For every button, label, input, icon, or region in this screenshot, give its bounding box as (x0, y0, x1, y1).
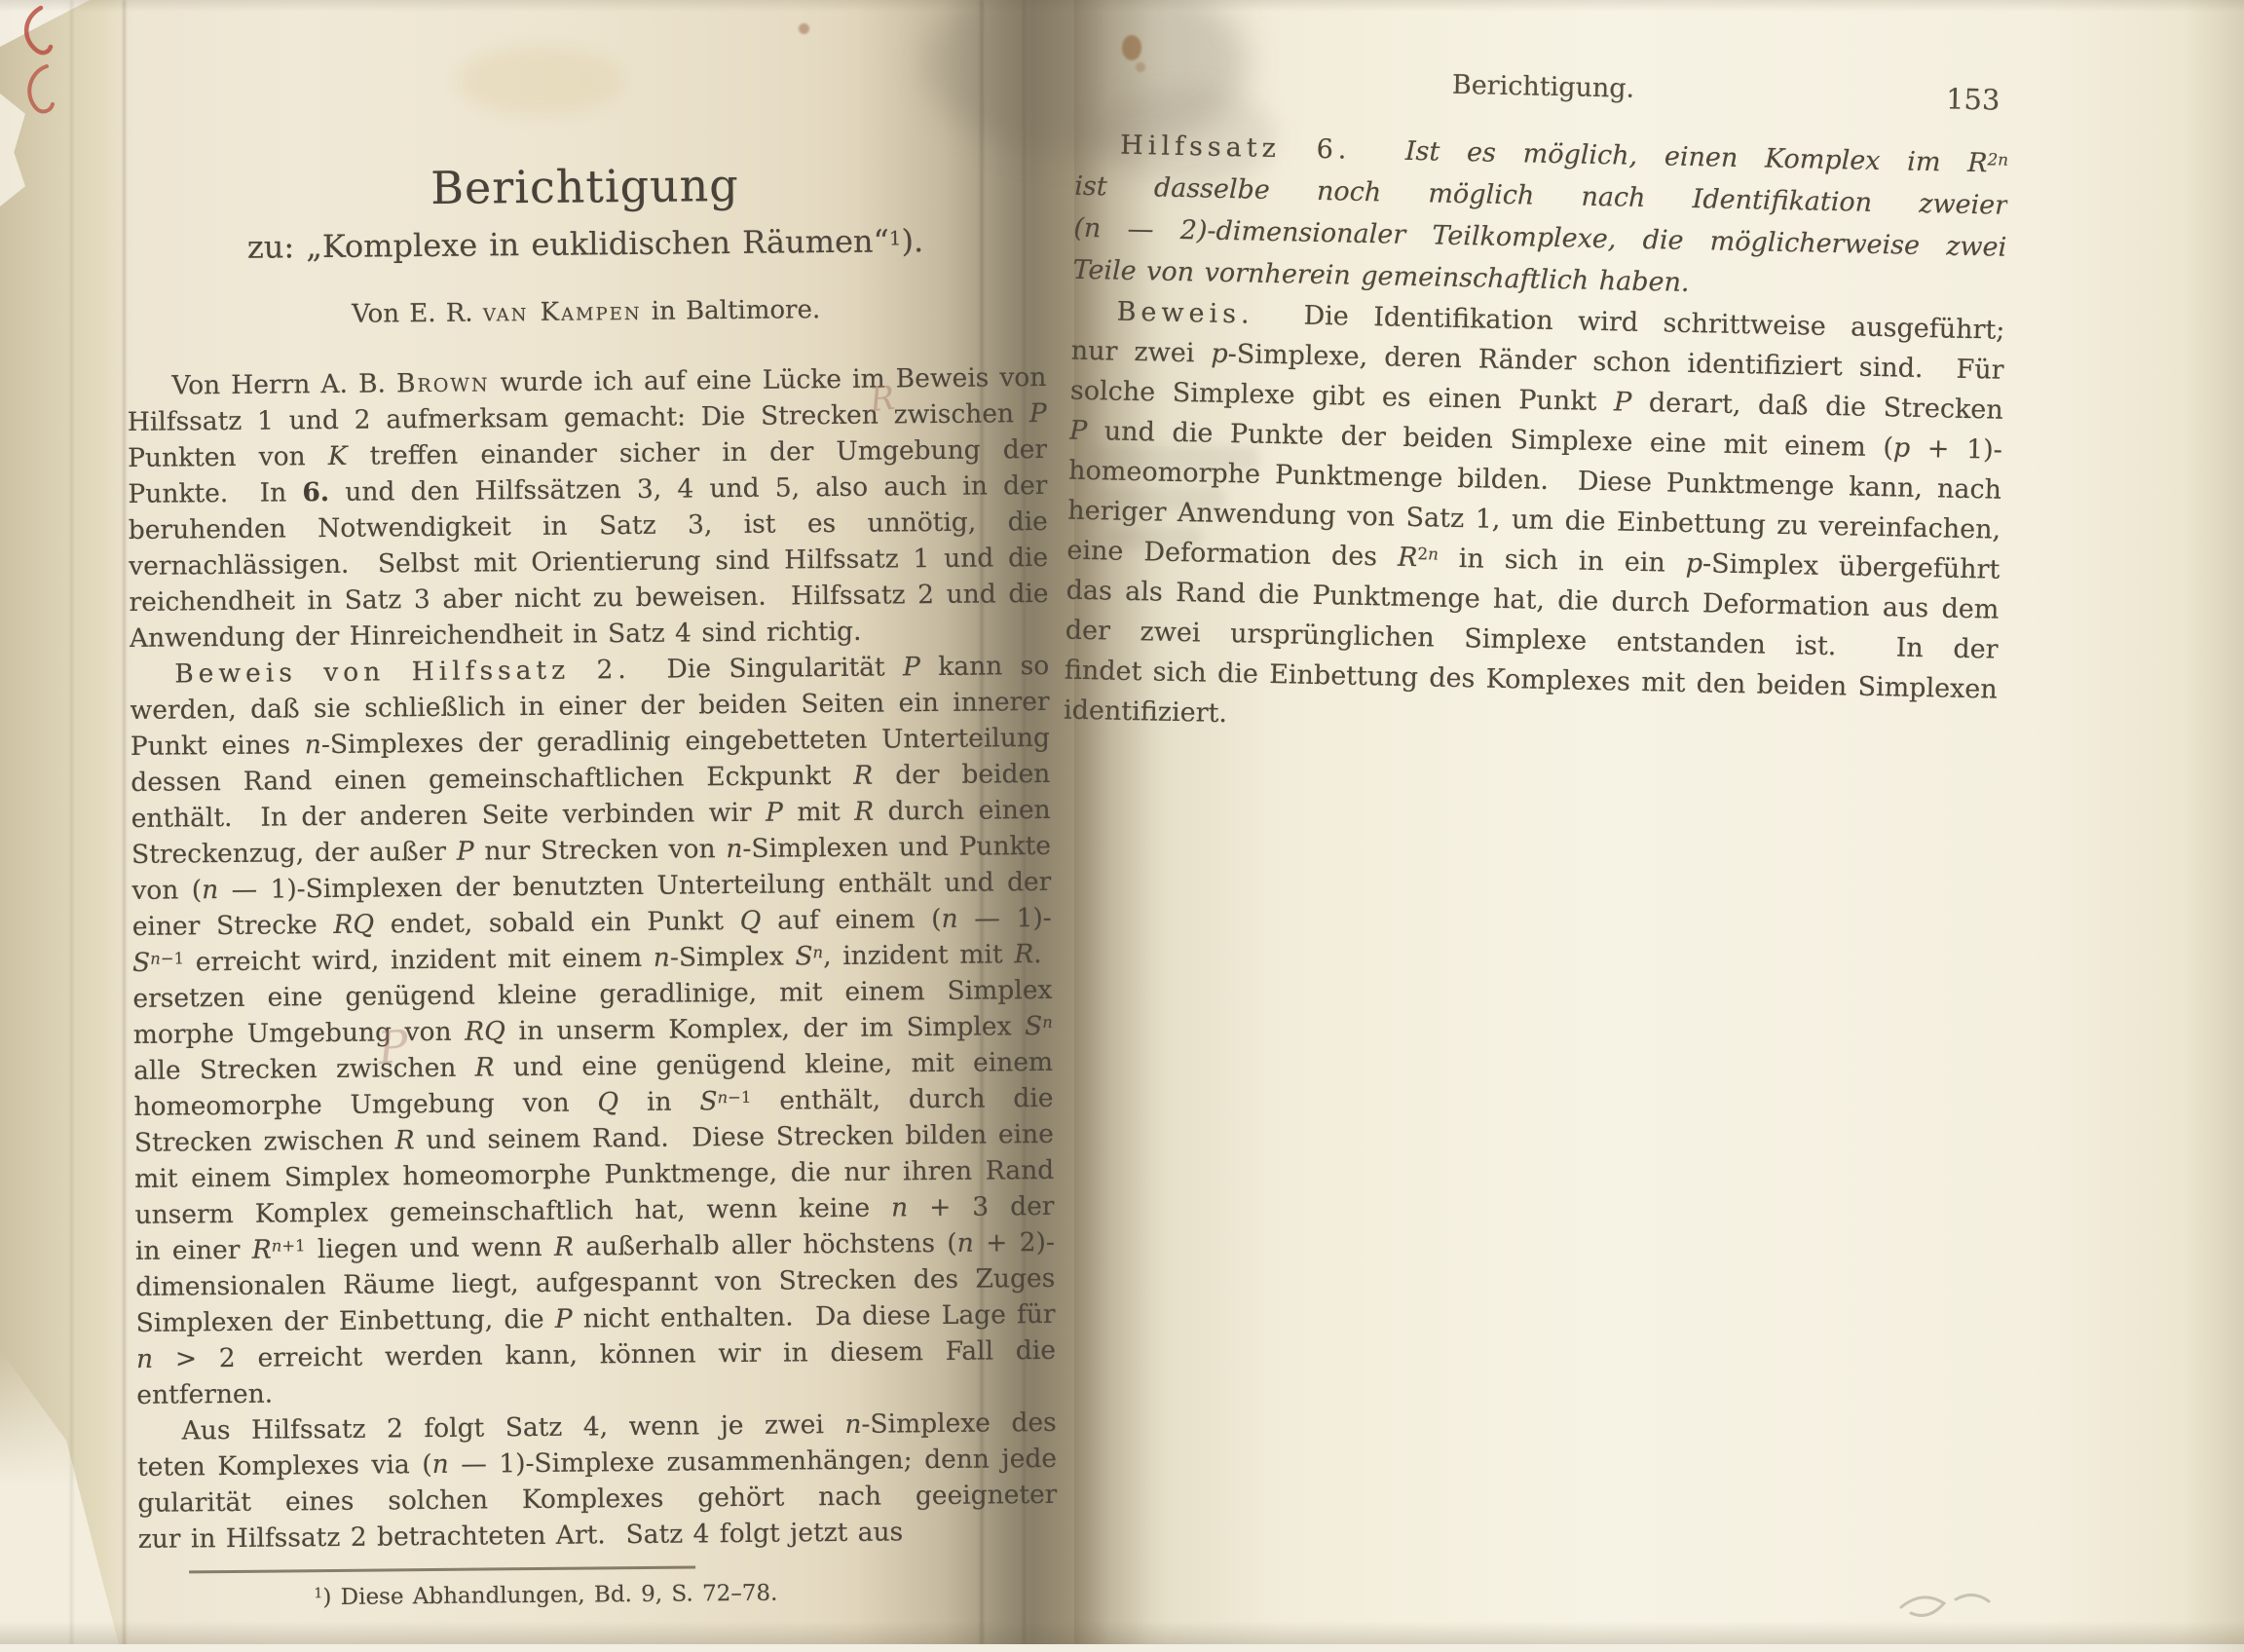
article-subtitle: zu: „Komplexe in euklidischen Räumen“1). (126, 221, 1045, 267)
text-line: zur in Hilfssatz 2 betrachteten Art. Sat… (138, 1513, 1058, 1558)
bottom-edge-highlight (0, 1644, 2244, 1652)
paragraph: Hilfssatz 6. Ist es möglich, einen Kompl… (1072, 124, 2008, 311)
scanned-book-spread: Berichtigung zu: „Komplexe in euklidisch… (0, 0, 2244, 1652)
author-line: Von E. R. van Kampen in Baltimore. (127, 293, 1046, 331)
paragraph: Beweis von Hilfssatz 2. Die Singularität… (130, 648, 1056, 1413)
page-number: 153 (1946, 82, 2001, 116)
left-page-body: Von Herrn A. B. Brown wurde ich auf eine… (127, 359, 1058, 1558)
article-title: Berichtigung (125, 157, 1044, 216)
right-page-body: Hilfssatz 6. Ist es möglich, einen Kompl… (1064, 124, 2009, 750)
paragraph: Beweis. Die Identifikation wird schrittw… (1064, 291, 2005, 750)
pencil-scribble (1888, 1562, 2014, 1631)
footnote-rule (189, 1565, 695, 1573)
running-header-title: Berichtigung. (1452, 70, 1635, 104)
speck-stain (799, 23, 809, 34)
red-ink-marks (8, 2, 78, 131)
right-page: Berichtigung. 153 Hilfssatz 6. Ist es mö… (1064, 61, 2010, 750)
paragraph: Von Herrn A. B. Brown wurde ich auf eine… (127, 359, 1049, 657)
right-edge-shadow (2182, 0, 2244, 1652)
left-page: Berichtigung zu: „Komplexe in euklidisch… (125, 133, 1058, 1613)
paragraph: Aus Hilfssatz 2 folgt Satz 4, wenn je zw… (137, 1405, 1058, 1558)
faint-stain (458, 47, 623, 115)
paper-crease (70, 0, 73, 1652)
